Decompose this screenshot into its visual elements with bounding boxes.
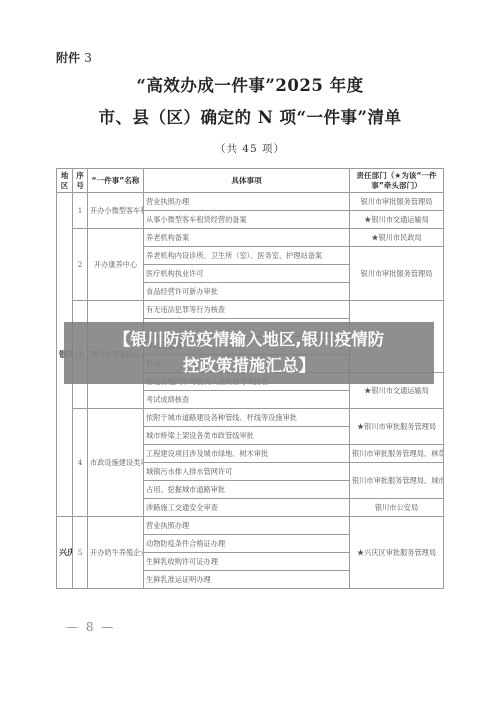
table-row: 银川市 1 开办小微型客车租赁公司 营业执照办理 银川市审批服务管理局 — [57, 193, 444, 211]
attachment-label: 附件 3 — [56, 49, 92, 66]
item-cell: 涉路施工交通安全审查 — [144, 499, 350, 517]
headline-overlay-banner: 【银川防范疫情输入地区,银川疫情防 控政策措施汇总】 — [64, 322, 434, 384]
dept-cell: 银川市审批服务管理局、城市管理局 — [350, 463, 444, 499]
item-cell: 生鲜乳收购许可证办理 — [144, 553, 350, 571]
item-cell: 医疗机构执业许可 — [144, 265, 350, 283]
item-cell: 依附于城市道路建设各种管线、杆线等设施审批 — [144, 409, 350, 427]
matter-name: 市政设施建设类项目审批 — [88, 409, 144, 517]
region-cell: 兴庆区 — [57, 517, 73, 589]
table-row: 2 开办康养中心 养老机构备案 ★银川市民政局 — [57, 229, 444, 247]
dept-cell: 银川市公安局 — [350, 499, 444, 517]
matter-name: 开办康养中心 — [88, 229, 144, 301]
seq-cell: 5 — [73, 517, 88, 589]
col-header-seq: 序号 — [73, 169, 88, 193]
attachment-text: 附件 — [56, 51, 80, 65]
table-header-row: 地区 序号 “一件事”名称 具体事项 责任部门（★为该“一件事”牵头部门） — [57, 169, 444, 193]
document-title-line2: 市、县（区）确定的 N 项“一件事”清单 — [0, 104, 500, 128]
item-cell: 考试成绩核查 — [144, 391, 350, 409]
item-cell: 生鲜乳准运证明办理 — [144, 571, 350, 589]
attachment-number: 3 — [84, 51, 92, 65]
matter-name: 开办奶牛养殖企业 — [88, 517, 144, 589]
item-cell: 占用、挖掘城市道路审批 — [144, 481, 350, 499]
table-row: 兴庆区 5 开办奶牛养殖企业 营业执照办理 ★兴庆区审批服务管理局 — [57, 517, 444, 535]
item-cell: 养老机构内设诊所、卫生所（室）、医务室、护理站备案 — [144, 247, 350, 265]
dept-cell: ★银川市交通运输局 — [350, 211, 444, 229]
overlay-line1: 【银川防范疫情输入地区,银川疫情防 — [64, 327, 434, 353]
item-cell: 营业执照办理 — [144, 193, 350, 211]
col-header-name: “一件事”名称 — [88, 169, 144, 193]
table-row: 3 网约车驾驶员从业资格办理 有无违法犯罪等行为核查 — [57, 301, 444, 319]
item-cell: 城镇污水排入排水管网许可 — [144, 463, 350, 481]
seq-cell: 2 — [73, 229, 88, 301]
dept-cell: ★银川市民政局 — [350, 229, 444, 247]
item-cell: 城市桥梁上架设各类市政管线审批 — [144, 427, 350, 445]
dept-cell: ★兴庆区审批服务管理局 — [350, 517, 444, 589]
dept-cell: 银川市审批服务管理局、林草和园林管理局 — [350, 445, 444, 463]
page-number: — 8 — — [66, 620, 115, 634]
col-header-dept: 责任部门（★为该“一件事”牵头部门） — [350, 169, 444, 193]
dept-cell: 银川市审批服务管理局 — [350, 247, 444, 301]
dept-cell: 银川市审批服务管理局 — [350, 193, 444, 211]
seq-cell: 4 — [73, 409, 88, 517]
document-title-line1: “高效办成一件事”2025 年度 — [0, 72, 500, 96]
col-header-items: 具体事项 — [144, 169, 350, 193]
col-header-region: 地区 — [57, 169, 73, 193]
item-cell: 营业执照办理 — [144, 517, 350, 535]
table-row: 4 市政设施建设类项目审批 依附于城市道路建设各种管线、杆线等设施审批 ★银川市… — [57, 409, 444, 427]
overlay-line2: 控政策措施汇总】 — [64, 353, 434, 379]
item-cell: 动物防疫条件合格证办理 — [144, 535, 350, 553]
item-cell: 工程建设项目涉及城市绿地、树木审批 — [144, 445, 350, 463]
matter-name: 开办小微型客车租赁公司 — [88, 193, 144, 229]
seq-cell: 1 — [73, 193, 88, 229]
item-count: （共 45 项） — [0, 141, 500, 156]
item-cell: 食品经营许可新办审批 — [144, 283, 350, 301]
item-cell: 从事小微型客车租赁经营的备案 — [144, 211, 350, 229]
dept-cell: ★银川市审批服务管理局 — [350, 409, 444, 445]
item-cell: 有无违法犯罪等行为核查 — [144, 301, 350, 319]
item-cell: 养老机构备案 — [144, 229, 350, 247]
